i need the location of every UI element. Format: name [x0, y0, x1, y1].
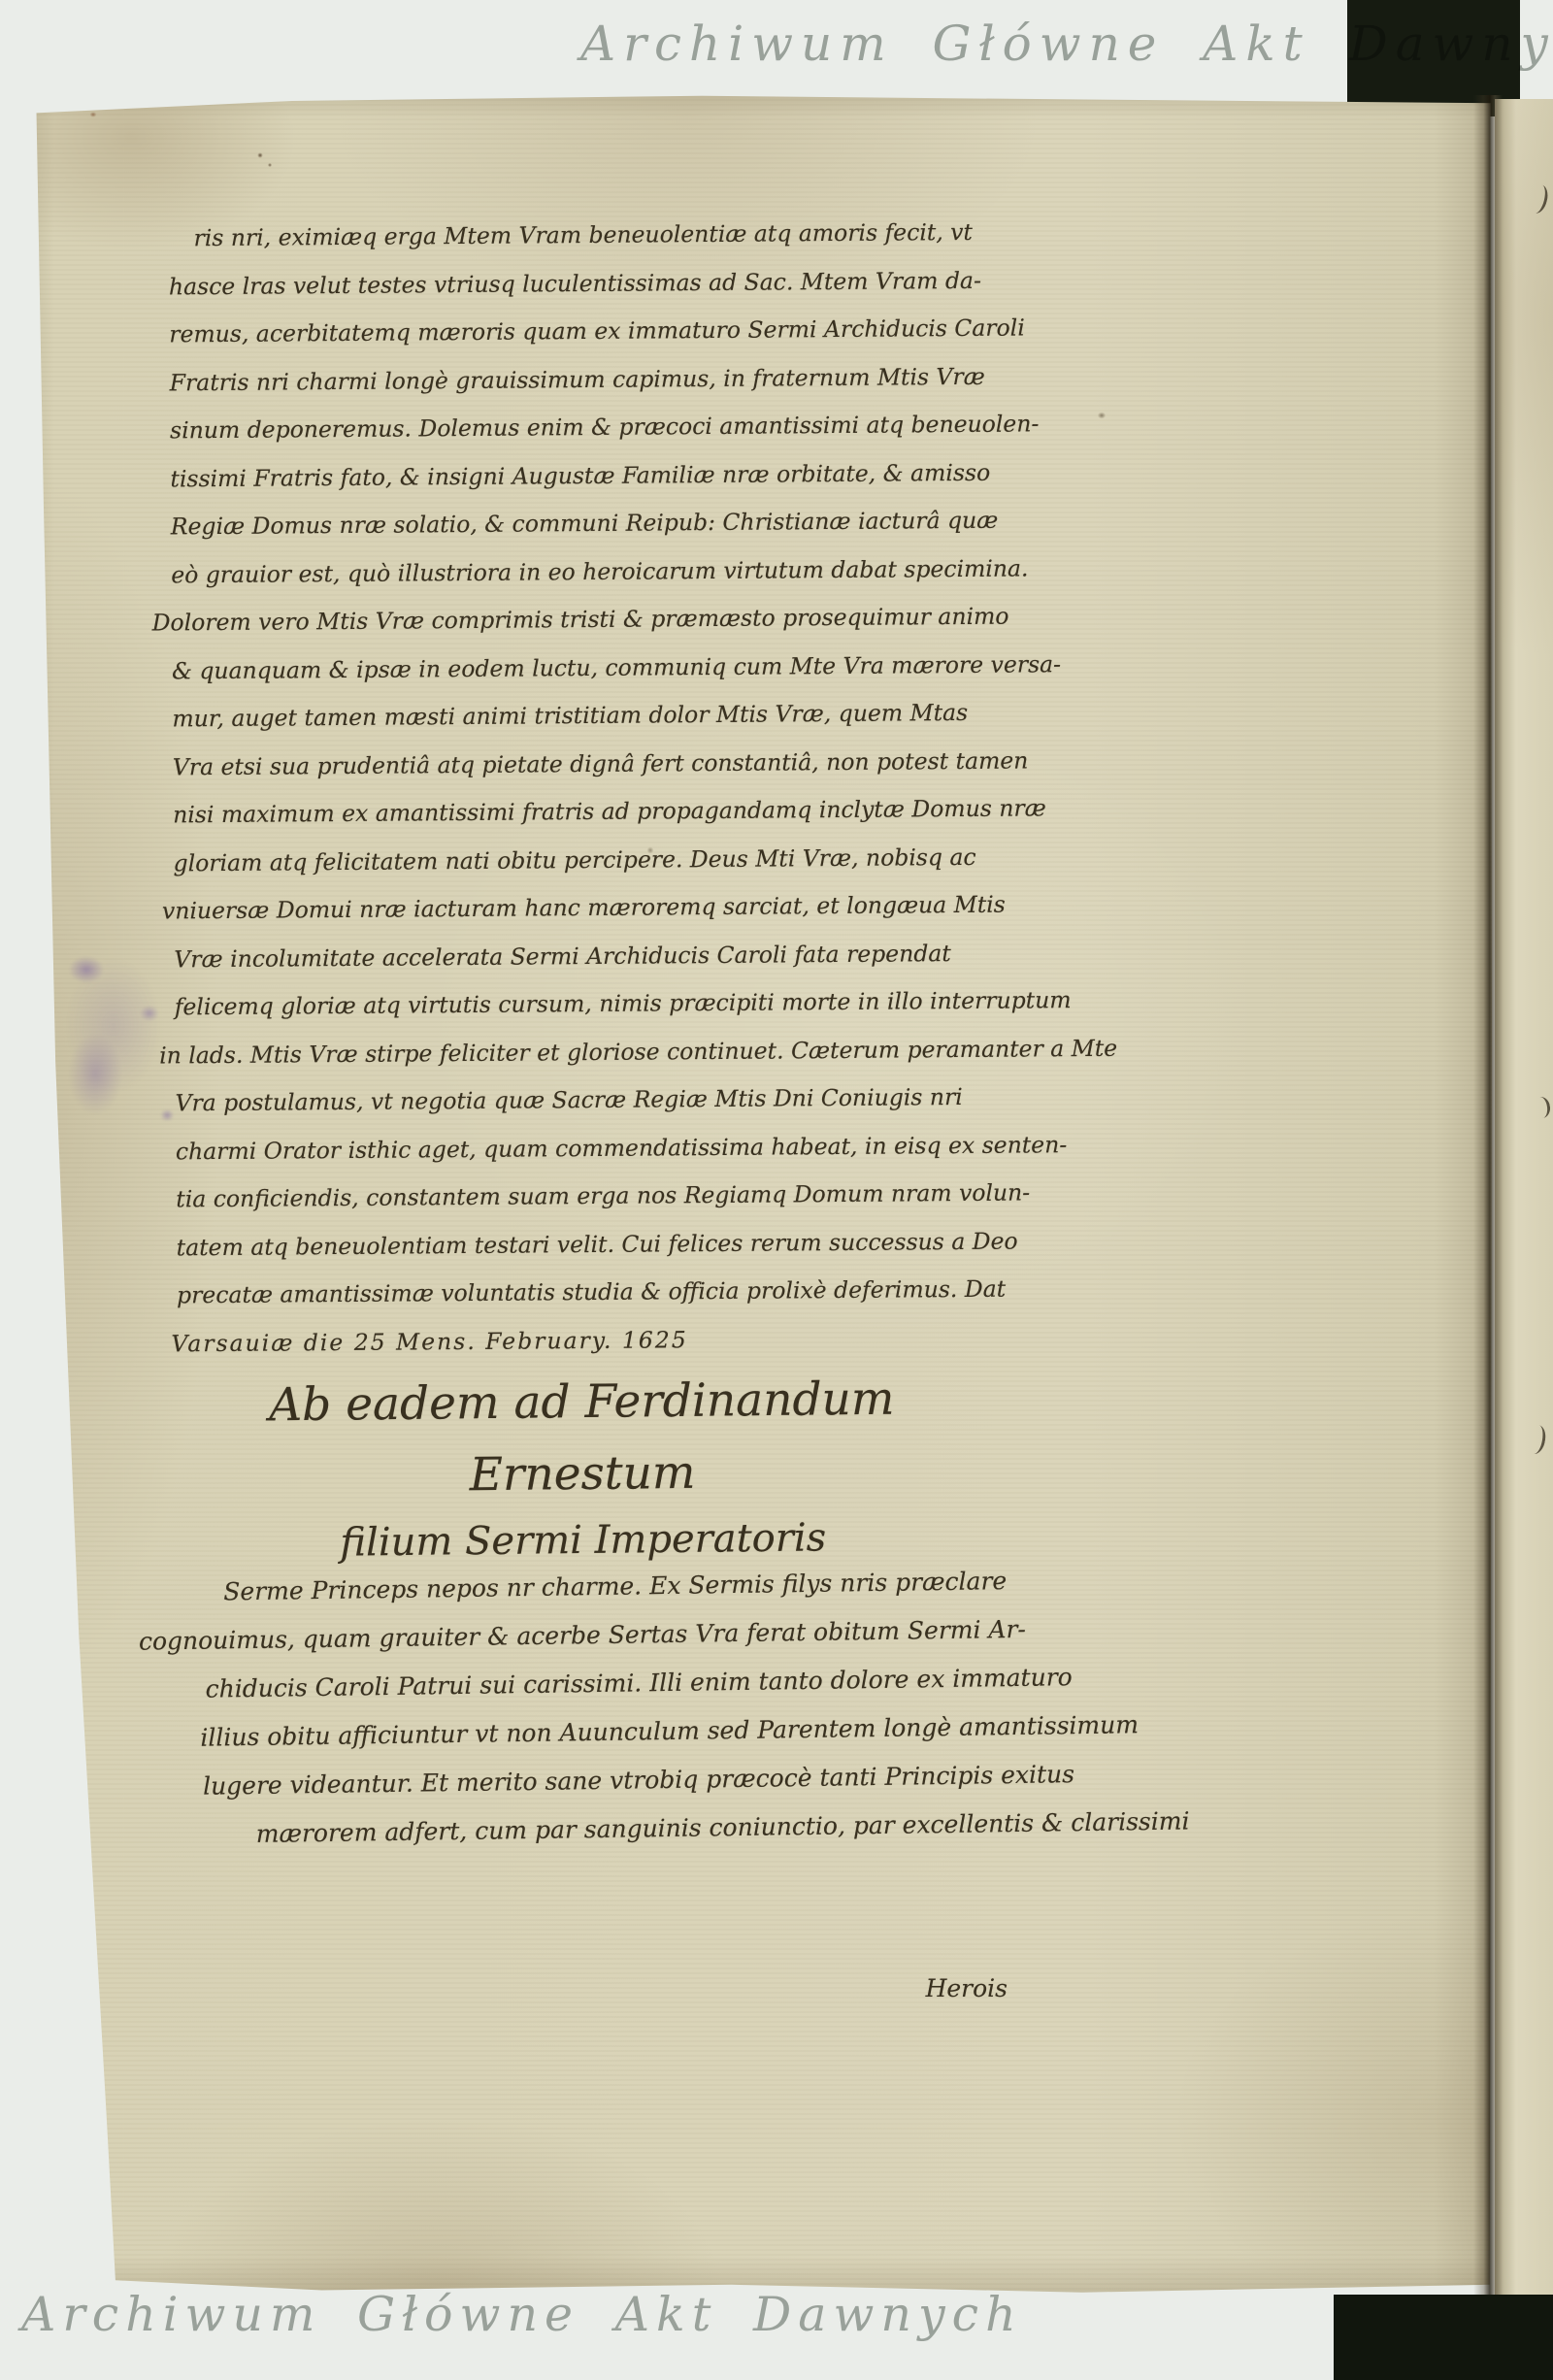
manuscript-line: mærorem adfert, cum par sanguinis coniun…: [255, 1799, 1060, 1859]
manuscript-line: charmi Orator isthic aget, quam commenda…: [176, 1121, 1010, 1175]
facing-page-edge: [1495, 99, 1553, 2295]
manuscript-line: Regiæ Domus nræ solatio, & communi Reipu…: [171, 497, 1006, 551]
document-scan: ris nri, eximiæq erga Mtem Vram beneuole…: [0, 0, 1553, 2380]
manuscript-line: Vra postulamus, vt negotia quæ Sacræ Reg…: [175, 1074, 1009, 1128]
facing-text-fragment: [1527, 182, 1551, 215]
manuscript-line: tia conficiendis, constantem suam erga n…: [176, 1170, 1010, 1224]
manuscript-line: Fratris nri charmi longè grauissimum cap…: [170, 352, 1005, 407]
manuscript-line: tissimi Fratris fato, & insigni Augustæ …: [170, 448, 1005, 503]
facing-text-fragment: [1532, 1096, 1552, 1119]
manuscript-line: ris nri, eximiæq erga Mtem Vram beneuole…: [193, 209, 1003, 263]
manuscript-line: tatem atq beneuolentiam testari velit. C…: [177, 1217, 1011, 1272]
manuscript-line: vniuersæ Domui nræ iacturam hanc mærorem…: [162, 881, 1008, 936]
manuscript-line: gloriam atq felicitatem nati obitu perci…: [173, 833, 1008, 887]
manuscript-line: Varsauiæ die 25 Mens. February. 1625: [171, 1313, 1011, 1368]
letter-2-body: Serme Princeps nepos nr charme. Ex Sermi…: [134, 1556, 1060, 1860]
manuscript-line: precatæ amantissimæ voluntatis studia & …: [177, 1266, 1011, 1320]
manuscript-line: remus, acerbitatemq mæroris quam ex imma…: [169, 305, 1004, 359]
manuscript-line: mur, auget tamen mæsti animi tristitiam …: [172, 689, 1007, 744]
manuscript-line: sinum deponeremus. Dolemus enim & præcoc…: [170, 401, 1005, 455]
archive-watermark-bottom: Archiwum Główne Akt Dawnych: [21, 2287, 1023, 2342]
manuscript-line: Dolorem vero Mtis Vræ comprimis tristi &…: [151, 593, 1006, 647]
heading-line-1: Ab eadem ad Ferdinandum Ernestum: [174, 1363, 991, 1515]
manuscript-line: eò grauior est, quò illustriora in eo he…: [171, 545, 1006, 599]
manuscript-line: Vræ incolumitate accelerata Sermi Archid…: [174, 929, 1008, 983]
manuscript-line: hasce lras velut testes vtriusq luculent…: [169, 256, 1004, 311]
letter-1-body: ris nri, eximiæq erga Mtem Vram beneuole…: [168, 209, 1011, 1369]
manuscript-line: & quanquam & ipsæ in eodem luctu, commun…: [172, 641, 1007, 695]
letter-2-heading: Ab eadem ad Ferdinandum Ernestum filium …: [174, 1363, 991, 1575]
manuscript-line: in lads. Mtis Vræ stirpe feliciter et gl…: [159, 1025, 1009, 1079]
letter-2-signoff: Herois: [173, 1965, 1062, 2013]
manuscript-line: Vra etsi sua prudentiâ atq pietate dignâ…: [173, 737, 1008, 791]
facing-text-fragment: [1526, 1424, 1548, 1456]
manuscript-page: ris nri, eximiæq erga Mtem Vram beneuole…: [29, 93, 1492, 2295]
photo-strip-bottom: [1334, 2295, 1553, 2380]
manuscript-line: felicemq gloriæ atq virtutis cursum, nim…: [175, 977, 1009, 1032]
manuscript-line: nisi maximum ex amantissimi fratris ad p…: [173, 785, 1008, 840]
